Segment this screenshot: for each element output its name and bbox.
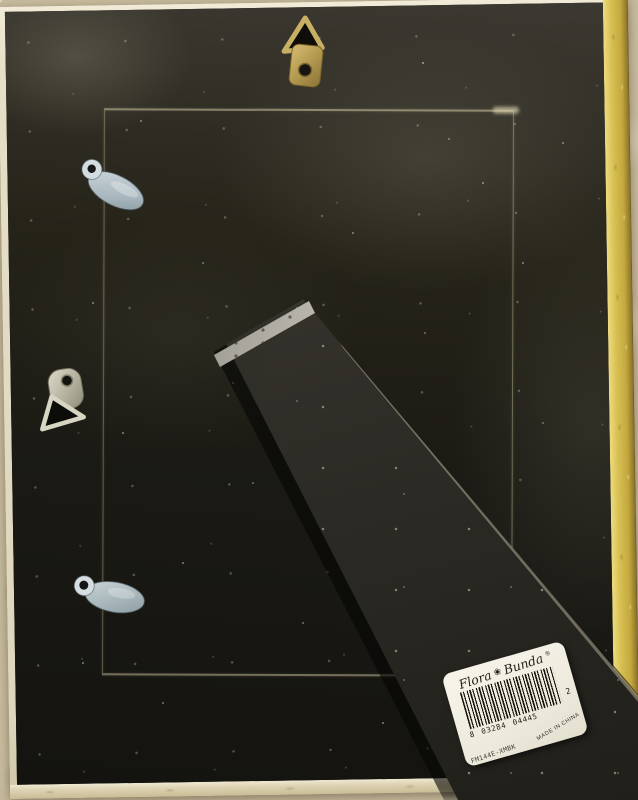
- registered-trademark-icon: ®: [544, 650, 552, 659]
- side-d-ring-hanger-icon: [34, 363, 96, 446]
- barcode-check-digit: 2: [565, 686, 572, 696]
- barcode-lead-digit: 8: [469, 729, 476, 739]
- flower-icon: ❀: [493, 667, 503, 679]
- frame-back-photo: Flora ❀ Bunda ® 2 8 03284 04445 FM144E-X…: [0, 0, 638, 800]
- top-d-ring-hanger-icon: [277, 14, 332, 92]
- dust-specks: [0, 0, 2, 2]
